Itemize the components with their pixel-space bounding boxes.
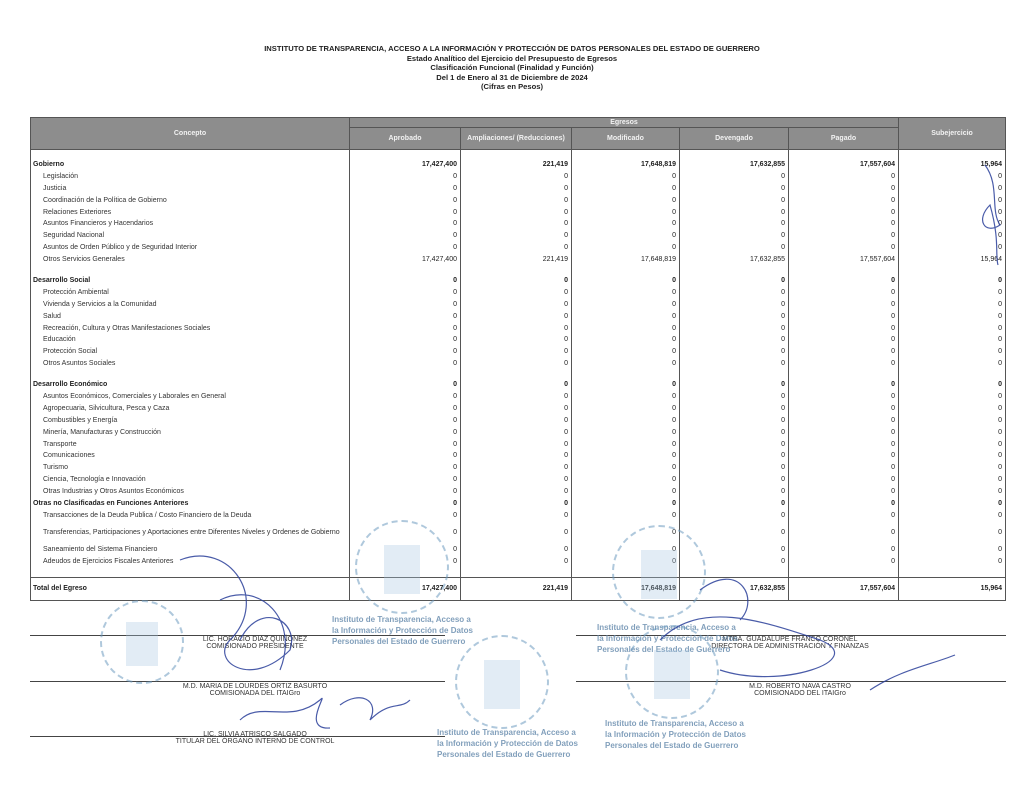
table-body: Gobierno17,427,400221,41917,648,81917,63… [31,150,1006,601]
row-value: 0 [350,498,461,510]
row-value: 0 [899,323,1006,335]
row-value: 0 [350,218,461,230]
row-value: 0 [789,218,899,230]
row-value: 0 [899,183,1006,195]
row-value: 0 [789,415,899,427]
budget-table: Concepto Egresos Subejercicio Aprobado A… [30,117,1006,601]
row-value: 0 [461,171,572,183]
table-row: Coordinación de la Política de Gobierno0… [31,195,1006,207]
row-value: 0 [350,486,461,498]
row-value: 0 [461,207,572,219]
signature-block: LIC. SILVIA ATRISCO SALGADO TITULAR DEL … [140,731,370,745]
row-value: 0 [572,299,680,311]
group-row: Desarrollo Social000000 [31,275,1006,287]
row-value: 0 [899,510,1006,522]
row-value: 0 [680,498,789,510]
row-value: 0 [350,195,461,207]
period-title: Del 1 de Enero al 31 de Diciembre de 202… [0,73,1024,83]
seal-icon [625,625,719,719]
row-label: Asuntos Financieros y Hacendarios [31,218,350,230]
row-value: 0 [350,230,461,242]
row-value: 0 [572,427,680,439]
row-value: 0 [350,403,461,415]
signer-title: COMISIONADO DEL ITAIGro [700,690,900,697]
row-value: 0 [680,334,789,346]
row-value: 0 [350,439,461,451]
row-value: 0 [899,346,1006,358]
table-row: Vivienda y Servicios a la Comunidad00000… [31,299,1006,311]
row-value: 0 [350,358,461,370]
row-value: 0 [789,311,899,323]
row-value: 0 [789,207,899,219]
row-label: Saneamiento del Sistema Financiero [31,544,350,556]
row-value: 0 [461,195,572,207]
row-label: Educación [31,334,350,346]
row-value: 0 [899,450,1006,462]
row-label: Gobierno [31,159,350,171]
row-value: 0 [461,510,572,522]
row-value: 0 [789,462,899,474]
row-value: 0 [461,218,572,230]
row-value: 0 [789,427,899,439]
row-value: 0 [461,544,572,556]
table-row: Transferencias, Participaciones y Aporta… [31,522,1006,544]
row-value: 0 [461,346,572,358]
row-value: 0 [461,498,572,510]
row-value: 0 [899,427,1006,439]
row-value: 0 [680,403,789,415]
row-label: Recreación, Cultura y Otras Manifestacio… [31,323,350,335]
row-value: 0 [789,498,899,510]
row-label: Otros Asuntos Sociales [31,358,350,370]
row-value: 0 [461,391,572,403]
row-value: 0 [680,230,789,242]
row-value: 0 [680,346,789,358]
table-row: Adeudos de Ejercicios Fiscales Anteriore… [31,556,1006,568]
row-label: Desarrollo Social [31,275,350,287]
row-value: 0 [350,462,461,474]
col-header-modificado: Modificado [572,128,680,150]
row-value: 221,419 [461,159,572,171]
row-value: 0 [461,275,572,287]
row-value: 0 [899,218,1006,230]
row-value: 0 [680,486,789,498]
institution-stamp: Instituto de Transparencia, Acceso ala I… [332,614,473,647]
row-label: Comunicaciones [31,450,350,462]
row-label: Otras no Clasificadas en Funciones Anter… [31,498,350,510]
row-value: 0 [350,323,461,335]
row-label: Ciencia, Tecnología e Innovación [31,474,350,486]
row-value: 221,419 [461,577,572,600]
row-value: 0 [461,450,572,462]
table-row: Relaciones Exteriores000000 [31,207,1006,219]
signature-block: M.D. ROBERTO NAVA CASTRO COMISIONADO DEL… [700,683,900,697]
row-value: 0 [680,474,789,486]
row-value: 0 [350,311,461,323]
table-row: Asuntos Financieros y Hacendarios000000 [31,218,1006,230]
row-value: 0 [572,498,680,510]
row-value: 0 [572,275,680,287]
row-label: Turismo [31,462,350,474]
row-value: 0 [680,450,789,462]
row-value: 0 [789,242,899,254]
row-label: Minería, Manufacturas y Construcción [31,427,350,439]
report-header: INSTITUTO DE TRANSPARENCIA, ACCESO A LA … [0,44,1024,92]
row-value: 0 [899,195,1006,207]
row-value: 0 [680,183,789,195]
row-value: 0 [461,427,572,439]
row-value: 17,427,400 [350,159,461,171]
spacer-row [31,266,1006,275]
row-value: 0 [899,403,1006,415]
row-value: 0 [789,379,899,391]
row-value: 0 [350,450,461,462]
row-label: Vivienda y Servicios a la Comunidad [31,299,350,311]
classification-title: Clasificación Funcional (Finalidad y Fun… [0,63,1024,73]
row-value: 0 [350,207,461,219]
row-value: 0 [899,498,1006,510]
row-value: 221,419 [461,254,572,266]
row-value: 0 [461,358,572,370]
row-value: 0 [789,195,899,207]
row-value: 0 [789,230,899,242]
institution-stamp: Instituto de Transparencia, Acceso ala I… [605,718,746,751]
institution-stamp: Instituto de Transparencia, Acceso ala I… [437,727,578,760]
row-value: 0 [789,299,899,311]
row-value: 0 [680,522,789,544]
row-value: 0 [680,299,789,311]
row-value: 0 [899,334,1006,346]
row-value: 0 [461,474,572,486]
row-value: 0 [350,299,461,311]
row-value: 0 [572,230,680,242]
row-value: 0 [461,403,572,415]
table-row: Protección Social000000 [31,346,1006,358]
row-value: 0 [461,183,572,195]
row-value: 0 [350,474,461,486]
table-row: Asuntos Económicos, Comerciales y Labora… [31,391,1006,403]
row-label: Relaciones Exteriores [31,207,350,219]
row-value: 0 [899,474,1006,486]
row-value: 0 [899,379,1006,391]
row-value: 0 [789,510,899,522]
row-value: 0 [461,334,572,346]
row-value: 0 [789,486,899,498]
row-value: 0 [350,379,461,391]
row-value: 17,648,819 [572,159,680,171]
signer-title: TITULAR DEL ÓRGANO INTERNO DE CONTROL [140,738,370,745]
row-value: 0 [899,230,1006,242]
row-value: 17,557,604 [789,577,899,600]
row-value: 0 [680,287,789,299]
row-value: 0 [461,323,572,335]
table-row: Combustibles y Energía000000 [31,415,1006,427]
row-value: 0 [572,403,680,415]
col-header-aprobado: Aprobado [350,128,461,150]
row-value: 0 [350,346,461,358]
row-value: 17,632,855 [680,159,789,171]
row-value: 0 [461,242,572,254]
row-value: 0 [789,183,899,195]
row-value: 0 [899,462,1006,474]
row-value: 0 [461,486,572,498]
spacer-row [31,568,1006,578]
row-value: 0 [789,403,899,415]
row-label: Salud [31,311,350,323]
col-header-concepto: Concepto [31,118,350,150]
row-value: 0 [461,299,572,311]
row-value: 0 [680,275,789,287]
row-value: 0 [899,358,1006,370]
col-header-subejercicio: Subejercicio [899,118,1006,150]
row-label: Agropecuaria, Silvicultura, Pesca y Caza [31,403,350,415]
row-label: Combustibles y Energía [31,415,350,427]
row-value: 0 [572,323,680,335]
table-row: Asuntos de Orden Público y de Seguridad … [31,242,1006,254]
group-row: Desarrollo Económico000000 [31,379,1006,391]
units-title: (Cifras en Pesos) [0,82,1024,92]
row-label: Protección Ambiental [31,287,350,299]
row-value: 0 [461,379,572,391]
row-value: 0 [350,183,461,195]
table-row: Ciencia, Tecnología e Innovación000000 [31,474,1006,486]
row-value: 0 [899,242,1006,254]
row-value: 0 [680,427,789,439]
seal-icon [612,525,706,619]
row-label: Otros Servicios Generales [31,254,350,266]
row-value: 0 [572,439,680,451]
signer-name: LIC. SILVIA ATRISCO SALGADO [140,731,370,738]
row-value: 0 [899,275,1006,287]
row-value: 0 [680,462,789,474]
row-value: 0 [680,218,789,230]
table-row: Transporte000000 [31,439,1006,451]
seal-icon [100,600,184,684]
signature-line [30,681,445,682]
row-value: 17,427,400 [350,254,461,266]
row-value: 0 [899,299,1006,311]
row-value: 0 [572,379,680,391]
table-row: Protección Ambiental000000 [31,287,1006,299]
table-row: Minería, Manufacturas y Construcción0000… [31,427,1006,439]
row-value: 0 [350,427,461,439]
row-value: 0 [461,415,572,427]
signature-block: M.D. MARIA DE LOURDES ORTIZ BASURTO COMI… [140,683,370,697]
col-header-devengado: Devengado [680,128,789,150]
row-value: 0 [461,439,572,451]
row-value: 0 [572,462,680,474]
row-value: 0 [461,556,572,568]
row-value: 0 [899,486,1006,498]
table-row: Legislación000000 [31,171,1006,183]
row-value: 0 [461,311,572,323]
row-value: 0 [899,522,1006,544]
row-value: 17,557,604 [789,159,899,171]
row-value: 0 [789,287,899,299]
row-value: 0 [572,346,680,358]
row-value: 0 [572,358,680,370]
total-row: Total del Egreso17,427,400221,41917,648,… [31,577,1006,600]
row-label: Justicia [31,183,350,195]
row-value: 0 [680,171,789,183]
table-row: Agropecuaria, Silvicultura, Pesca y Caza… [31,403,1006,415]
row-value: 0 [789,358,899,370]
row-value: 0 [899,171,1006,183]
row-value: 17,632,855 [680,254,789,266]
row-value: 0 [572,334,680,346]
row-value: 0 [680,510,789,522]
table-row: Otras Industrias y Otros Asuntos Económi… [31,486,1006,498]
table-row: Justicia000000 [31,183,1006,195]
row-value: 0 [572,415,680,427]
table-row: Otros Asuntos Sociales000000 [31,358,1006,370]
row-value: 0 [572,242,680,254]
row-value: 0 [899,311,1006,323]
row-value: 0 [680,323,789,335]
signer-title: COMISIONADA DEL ITAIGro [140,690,370,697]
row-value: 0 [789,439,899,451]
row-label: Asuntos Económicos, Comerciales y Labora… [31,391,350,403]
row-value: 0 [680,439,789,451]
row-value: 0 [899,287,1006,299]
row-value: 0 [350,242,461,254]
table-row: Turismo000000 [31,462,1006,474]
row-label: Protección Social [31,346,350,358]
row-value: 0 [461,287,572,299]
spacer-row [31,370,1006,379]
row-value: 0 [572,171,680,183]
row-value: 0 [789,334,899,346]
row-value: 0 [789,522,899,544]
table-row: Transacciones de la Deuda Publica / Cost… [31,510,1006,522]
row-label: Otras Industrias y Otros Asuntos Económi… [31,486,350,498]
row-value: 0 [680,358,789,370]
row-value: 0 [350,415,461,427]
row-value: 0 [899,415,1006,427]
row-value: 0 [680,379,789,391]
row-label: Transferencias, Participaciones y Aporta… [31,522,350,544]
row-label: Desarrollo Económico [31,379,350,391]
row-label: Coordinación de la Política de Gobierno [31,195,350,207]
row-label: Legislación [31,171,350,183]
row-label: Transporte [31,439,350,451]
table-row: Salud000000 [31,311,1006,323]
row-value: 0 [680,311,789,323]
spacer-row [31,150,1006,160]
row-value: 0 [572,287,680,299]
report-title: Estado Analítico del Ejercicio del Presu… [0,54,1024,64]
row-value: 0 [789,346,899,358]
row-value: 15,964 [899,254,1006,266]
group-row: Gobierno17,427,400221,41917,648,81917,63… [31,159,1006,171]
seal-icon [355,520,449,614]
row-value: 0 [899,391,1006,403]
row-value: 0 [350,391,461,403]
row-value: 15,964 [899,577,1006,600]
row-value: 0 [899,439,1006,451]
col-header-egresos: Egresos [350,118,899,128]
col-header-pagado: Pagado [789,128,899,150]
row-value: 0 [461,522,572,544]
row-value: 0 [350,287,461,299]
institution-title: INSTITUTO DE TRANSPARENCIA, ACCESO A LA … [0,44,1024,54]
row-value: 0 [789,556,899,568]
row-value: 0 [572,218,680,230]
row-value: 0 [572,311,680,323]
row-value: 0 [789,171,899,183]
row-value: 0 [789,275,899,287]
row-value: 0 [789,544,899,556]
row-value: 0 [680,391,789,403]
row-value: 15,964 [899,159,1006,171]
table-row: Comunicaciones000000 [31,450,1006,462]
row-value: 0 [350,275,461,287]
signer-name: M.D. MARIA DE LOURDES ORTIZ BASURTO [140,683,370,690]
row-value: 0 [461,230,572,242]
row-value: 0 [789,474,899,486]
row-label: Asuntos de Orden Público y de Seguridad … [31,242,350,254]
row-label: Seguridad Nacional [31,230,350,242]
row-value: 0 [350,171,461,183]
signer-name: M.D. ROBERTO NAVA CASTRO [700,683,900,690]
row-value: 0 [572,195,680,207]
row-value: 0 [789,450,899,462]
row-value: 17,648,819 [572,254,680,266]
row-value: 17,557,604 [789,254,899,266]
row-value: 0 [572,450,680,462]
table-row: Saneamiento del Sistema Financiero000000 [31,544,1006,556]
row-label: Transacciones de la Deuda Publica / Cost… [31,510,350,522]
row-value: 0 [899,207,1006,219]
row-value: 0 [572,207,680,219]
row-value: 0 [680,195,789,207]
group-row: Otras no Clasificadas en Funciones Anter… [31,498,1006,510]
row-value: 0 [680,242,789,254]
row-value: 0 [789,323,899,335]
row-value: 0 [461,462,572,474]
table-row: Recreación, Cultura y Otras Manifestacio… [31,323,1006,335]
row-value: 0 [899,544,1006,556]
table-row: Educación000000 [31,334,1006,346]
row-value: 0 [680,207,789,219]
row-value: 0 [572,510,680,522]
table-row: Otros Servicios Generales17,427,400221,4… [31,254,1006,266]
row-value: 0 [572,391,680,403]
seal-icon [455,635,549,729]
col-header-ampliaciones: Ampliaciones/ (Reducciones) [461,128,572,150]
row-value: 0 [572,183,680,195]
row-value: 0 [899,556,1006,568]
row-label: Adeudos de Ejercicios Fiscales Anteriore… [31,556,350,568]
row-value: 0 [350,334,461,346]
row-value: 0 [572,474,680,486]
table-row: Seguridad Nacional000000 [31,230,1006,242]
row-value: 0 [789,391,899,403]
row-value: 0 [572,486,680,498]
row-label: Total del Egreso [31,577,350,600]
row-value: 0 [680,415,789,427]
